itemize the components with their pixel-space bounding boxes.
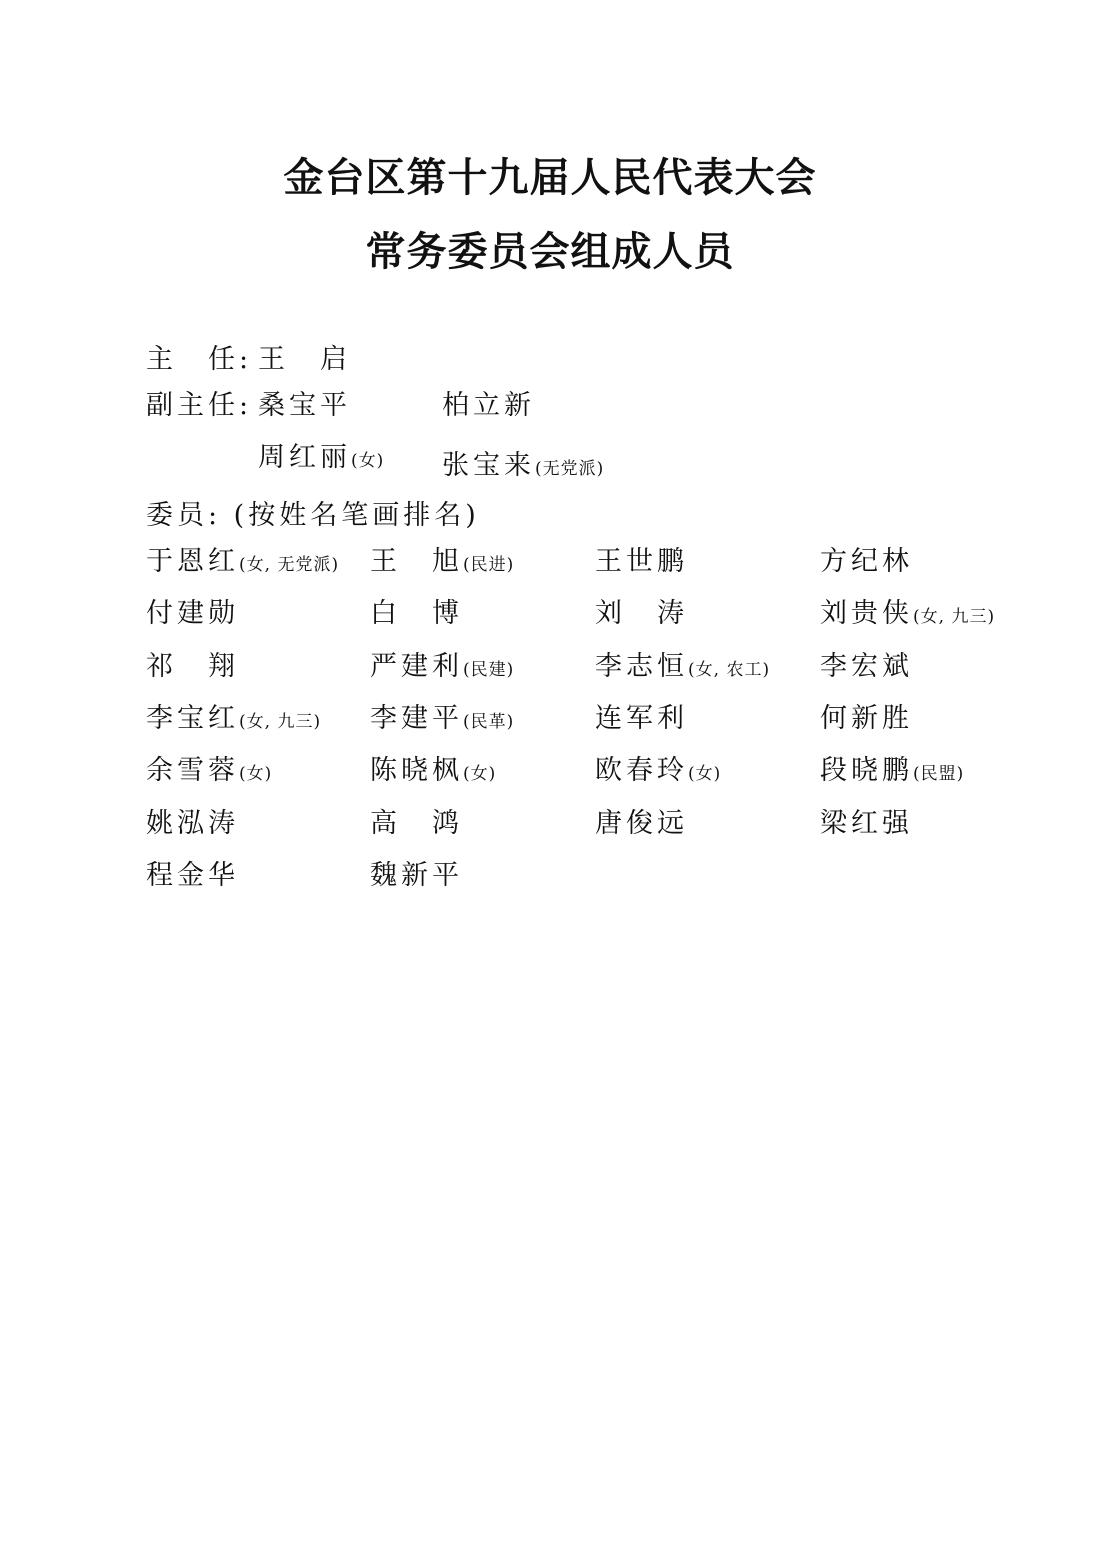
member-entry: 王世鹏 — [595, 548, 688, 575]
document-title-line-2: 常务委员会组成人员 — [0, 232, 1100, 272]
member-name: 刘 涛 — [595, 598, 688, 629]
member-entry: 魏新平 — [370, 862, 463, 889]
member-note: (女, 无党派) — [239, 555, 339, 575]
director-label: 主 任: — [146, 346, 252, 373]
member-note: (民盟) — [913, 764, 964, 784]
deputy-director-entry: 张宝来(无党派) — [442, 452, 604, 479]
member-entry: 余雪蓉(女) — [146, 757, 272, 784]
member-name: 欧春玲 — [595, 755, 688, 786]
member-entry: 刘贵侠(女, 九三) — [820, 600, 995, 627]
member-entry: 程金华 — [146, 862, 239, 889]
member-note: (女, 农工) — [688, 660, 770, 680]
member-entry: 李宝红(女, 九三) — [146, 705, 321, 732]
member-note: (民进) — [463, 555, 514, 575]
member-name: 李建平 — [370, 703, 463, 734]
member-entry: 方纪林 — [820, 548, 913, 575]
deputy-director-name: 柏立新 — [442, 392, 535, 419]
member-name: 何新胜 — [820, 703, 913, 734]
member-name: 于恩红 — [146, 546, 239, 577]
member-entry: 王 旭(民进) — [370, 548, 514, 575]
member-name: 高 鸿 — [370, 808, 463, 839]
member-entry: 梁红强 — [820, 810, 913, 837]
member-name: 姚泓涛 — [146, 808, 239, 839]
member-name: 梁红强 — [820, 808, 913, 839]
member-entry: 连军利 — [595, 705, 688, 732]
member-note: (女, 九三) — [913, 607, 995, 627]
deputy-director-name: 桑宝平 — [258, 392, 351, 419]
member-entry: 高 鸿 — [370, 810, 463, 837]
deputy-director-entry: 周红丽(女) — [258, 444, 384, 471]
member-name: 方纪林 — [820, 546, 913, 577]
member-name: 陈晓枫 — [370, 755, 463, 786]
member-entry: 姚泓涛 — [146, 810, 239, 837]
member-note: (女) — [239, 764, 272, 784]
member-entry: 段晓鹏(民盟) — [820, 757, 964, 784]
member-name: 刘贵侠 — [820, 598, 913, 629]
member-name: 唐俊远 — [595, 808, 688, 839]
member-entry: 李宏斌 — [820, 653, 913, 680]
document-title-line-1: 金台区第十九届人民代表大会 — [0, 158, 1100, 198]
member-note: (民建) — [463, 660, 514, 680]
members-label: 委员: (按姓名笔画排名) — [146, 502, 480, 529]
member-entry: 唐俊远 — [595, 810, 688, 837]
member-name: 连军利 — [595, 703, 688, 734]
director-name: 王 启 — [258, 346, 351, 373]
member-name: 程金华 — [146, 860, 239, 891]
member-note: (女, 九三) — [239, 712, 321, 732]
member-name: 严建利 — [370, 651, 463, 682]
member-name: 李宝红 — [146, 703, 239, 734]
member-name: 王 旭 — [370, 546, 463, 577]
member-entry: 严建利(民建) — [370, 653, 514, 680]
deputy-director-note: (无党派) — [535, 459, 604, 479]
member-entry: 何新胜 — [820, 705, 913, 732]
member-name: 魏新平 — [370, 860, 463, 891]
member-entry: 李志恒(女, 农工) — [595, 653, 770, 680]
deputy-directors-label: 副主任: — [146, 392, 252, 419]
member-name: 白 博 — [370, 598, 463, 629]
member-name: 李志恒 — [595, 651, 688, 682]
member-entry: 李建平(民革) — [370, 705, 514, 732]
deputy-director-note: (女) — [351, 451, 384, 471]
member-name: 段晓鹏 — [820, 755, 913, 786]
member-note: (女) — [688, 764, 721, 784]
member-entry: 于恩红(女, 无党派) — [146, 548, 339, 575]
deputy-director-name: 周红丽 — [258, 442, 351, 473]
deputy-director-name: 张宝来 — [442, 450, 535, 481]
member-note: (女) — [463, 764, 496, 784]
member-name: 王世鹏 — [595, 546, 688, 577]
member-entry: 白 博 — [370, 600, 463, 627]
member-entry: 欧春玲(女) — [595, 757, 721, 784]
member-entry: 刘 涛 — [595, 600, 688, 627]
member-name: 付建勋 — [146, 598, 239, 629]
member-name: 余雪蓉 — [146, 755, 239, 786]
member-entry: 祁 翔 — [146, 653, 239, 680]
member-name: 祁 翔 — [146, 651, 239, 682]
member-entry: 陈晓枫(女) — [370, 757, 496, 784]
member-note: (民革) — [463, 712, 514, 732]
member-entry: 付建勋 — [146, 600, 239, 627]
member-name: 李宏斌 — [820, 651, 913, 682]
